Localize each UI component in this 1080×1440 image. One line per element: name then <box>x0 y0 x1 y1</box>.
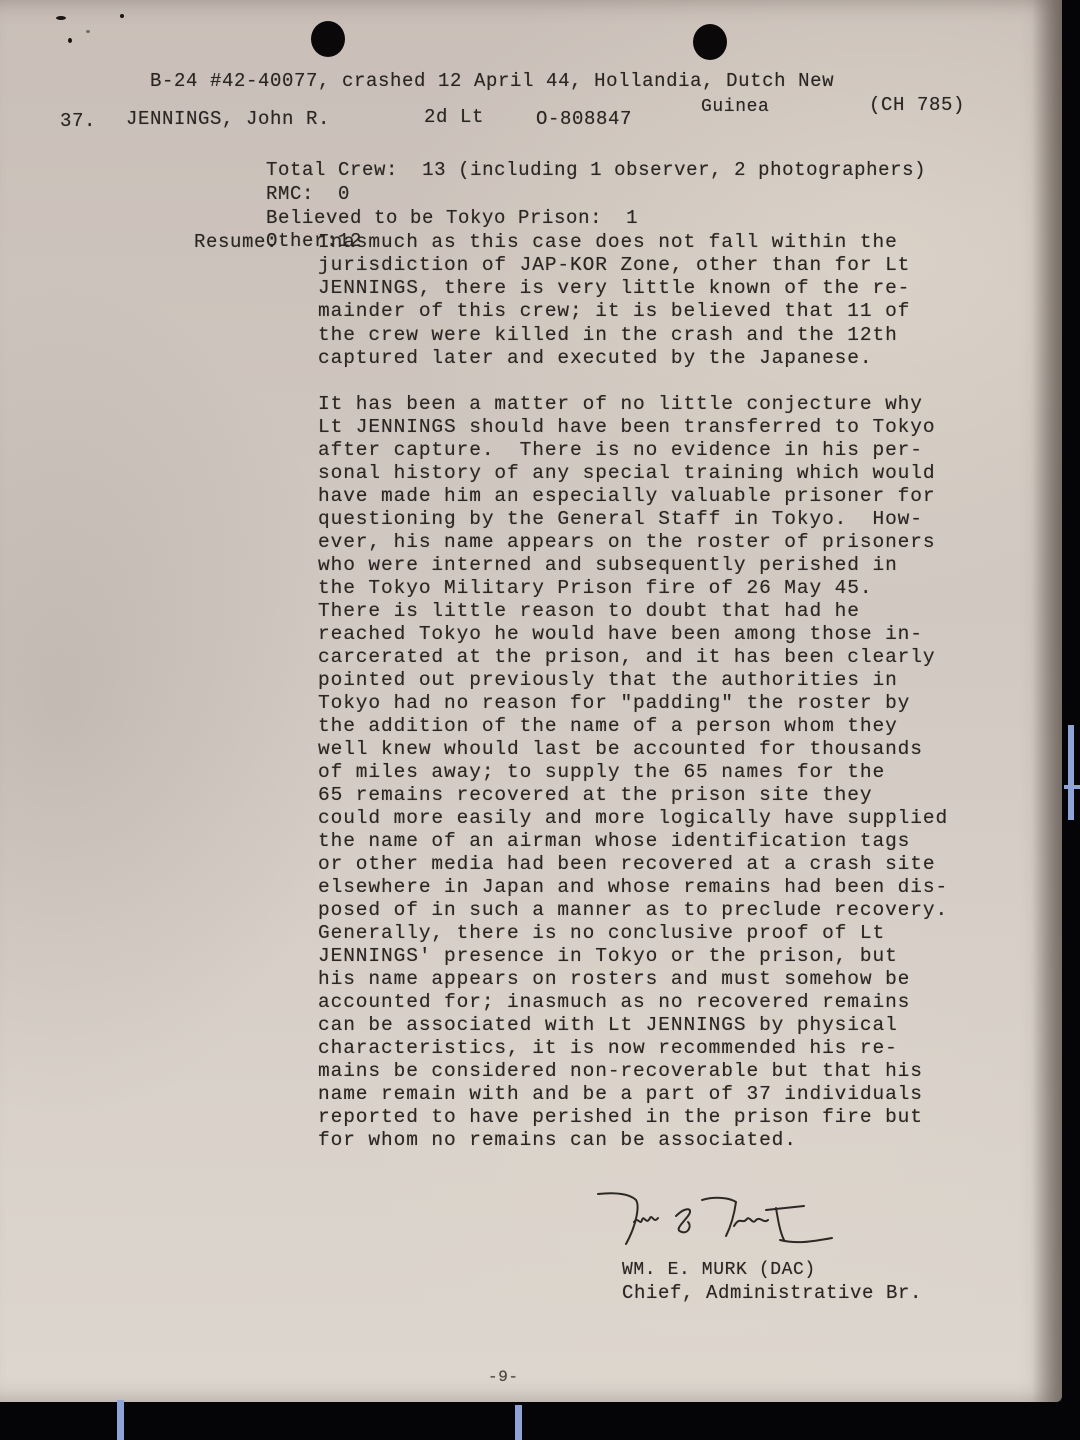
text-line: It has been a matter of no little conjec… <box>318 393 923 416</box>
case-reference: (CH 785) <box>869 94 965 117</box>
text-line: JENNINGS, there is very little known of … <box>318 277 910 300</box>
text-line: Inasmuch as this case does not fall with… <box>318 231 898 254</box>
text-line: posed of in such a manner as to preclude… <box>318 899 948 922</box>
text-line: the name of an airman whose identificati… <box>318 830 910 853</box>
text-line: Tokyo had no reason for "padding" the ro… <box>318 692 910 715</box>
ink-speck <box>68 38 72 43</box>
ink-speck <box>86 30 90 33</box>
text-line: have made him an especially valuable pri… <box>318 485 936 508</box>
typed-page: B-24 #42-40077, crashed 12 April 44, Hol… <box>0 0 1062 1402</box>
text-line: the crew were killed in the crash and th… <box>318 324 898 347</box>
text-line: mainder of this crew; it is believed tha… <box>318 300 910 323</box>
text-line: the Tokyo Military Prison fire of 26 May… <box>318 577 872 600</box>
person-name: JENNINGS, John R. <box>126 108 330 131</box>
field-value: 13 (including 1 observer, 2 photographer… <box>422 159 926 181</box>
page-number: -9- <box>488 1366 519 1389</box>
text-line: can be associated with Lt JENNINGS by ph… <box>318 1014 898 1037</box>
page-edge-tab <box>515 1405 522 1440</box>
text-line: elsewhere in Japan and whose remains had… <box>318 876 948 899</box>
resume-label: Resume: <box>194 231 278 254</box>
text-line: could more easily and more logically hav… <box>318 807 948 830</box>
text-line: Lt JENNINGS should have been transferred… <box>318 416 936 439</box>
text-line: reached Tokyo he would have been among t… <box>318 623 923 646</box>
text-line: his name appears on rosters and must som… <box>318 968 910 991</box>
ink-speck <box>120 14 124 18</box>
text-line: captured later and executed by the Japan… <box>318 347 872 370</box>
aircraft-header: B-24 #42-40077, crashed 12 April 44, Hol… <box>150 70 834 93</box>
text-line: after capture. There is no evidence in h… <box>318 439 923 462</box>
text-line: Generally, there is no conclusive proof … <box>318 922 885 945</box>
signatory-title: Chief, Administrative Br. <box>622 1282 922 1305</box>
text-line: for whom no remains can be associated. <box>318 1129 797 1152</box>
page-edge-tab <box>1068 725 1074 820</box>
text-line: accounted for; inasmuch as no recovered … <box>318 991 910 1014</box>
text-line: well knew whould last be accounted for t… <box>318 738 923 761</box>
text-line: JENNINGS' presence in Tokyo or the priso… <box>318 945 898 968</box>
text-line: questioning by the General Staff in Toky… <box>318 508 923 531</box>
text-line: the addition of the name of a person who… <box>318 715 898 738</box>
field-value: 1 <box>626 207 638 229</box>
text-line: name remain with and be a part of 37 ind… <box>318 1083 923 1106</box>
text-line: jurisdiction of JAP-KOR Zone, other than… <box>318 254 910 277</box>
person-rank: 2d Lt <box>424 106 484 129</box>
text-line: reported to have perished in the prison … <box>318 1106 923 1129</box>
text-line: of miles away; to supply the 65 names fo… <box>318 761 885 784</box>
text-line: There is little reason to doubt that had… <box>318 600 860 623</box>
handwritten-signature <box>596 1186 926 1266</box>
text-line: 65 remains recovered at the prison site … <box>318 784 872 807</box>
text-line: or other media had been recovered at a c… <box>318 853 936 876</box>
text-line: carcerated at the prison, and it has bee… <box>318 646 936 669</box>
text-line: pointed out previously that the authorit… <box>318 669 898 692</box>
entry-number: 37. <box>60 110 96 133</box>
text-line: sonal history of any special training wh… <box>318 462 936 485</box>
text-line: characteristics, it is now recommended h… <box>318 1037 898 1060</box>
text-line: who were interned and subsequently peris… <box>318 554 898 577</box>
aircraft-header-cont: Guinea <box>701 96 769 119</box>
punch-hole-left <box>311 21 345 57</box>
signatory-name: WM. E. MURK (DAC) <box>622 1259 816 1282</box>
punch-hole-right <box>693 24 727 60</box>
text-line: ever, his name appears on the roster of … <box>318 531 936 554</box>
text-line: mains be considered non-recoverable but … <box>318 1060 923 1083</box>
page-edge-tab <box>117 1400 124 1440</box>
person-serial: O-808847 <box>536 108 632 131</box>
ink-speck <box>56 16 66 20</box>
page-edge-tab <box>1064 785 1080 789</box>
photo-scene: B-24 #42-40077, crashed 12 April 44, Hol… <box>0 0 1080 1440</box>
